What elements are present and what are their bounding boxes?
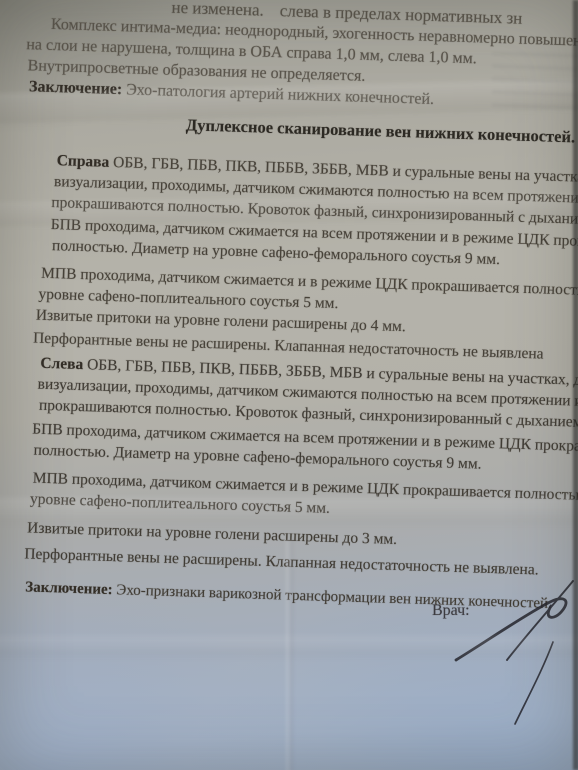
side-label: Слева <box>40 355 83 373</box>
scanned-report-photo: не изменена.слева в пределах нормативных… <box>0 0 578 770</box>
signature-icon <box>454 580 576 735</box>
ink-bleed-through <box>492 52 578 116</box>
conclusion-label: Заключение: <box>29 78 123 98</box>
photo-edge-shadow <box>573 0 578 770</box>
doctor-signature-block: Врач: <box>426 580 578 750</box>
side-label: Справа <box>56 152 109 171</box>
veins-right-section: Справа ОБВ, ГБВ, ПБВ, ПКВ, ПББВ, ЗББВ, М… <box>11 149 578 379</box>
conclusion-label: Заключение: <box>25 579 113 598</box>
report-fragment: не изменена. <box>171 0 264 20</box>
